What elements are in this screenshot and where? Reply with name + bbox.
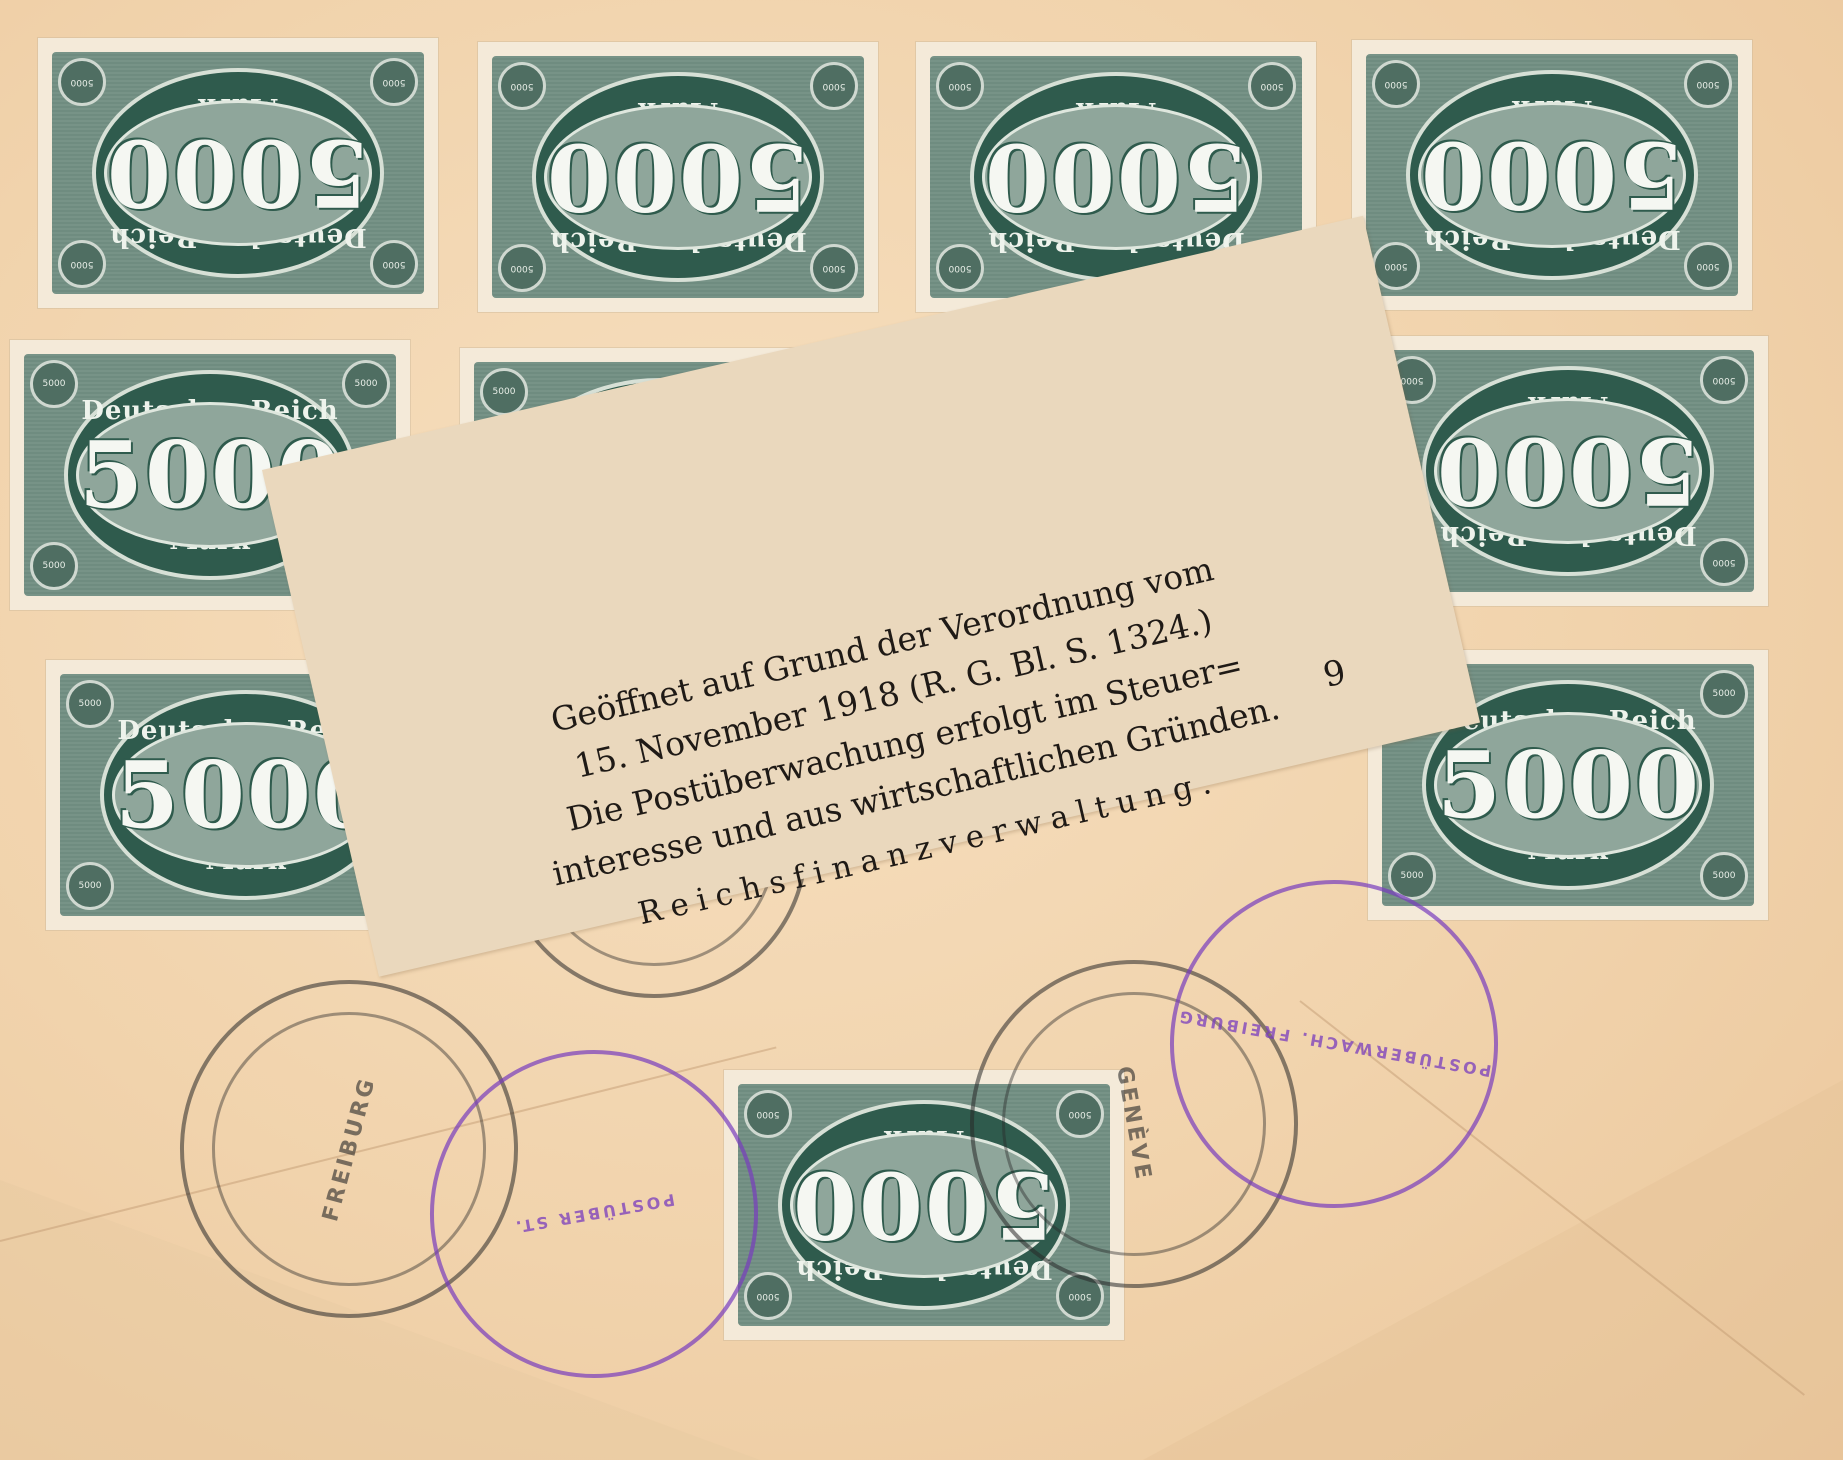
stamp-value-field: 5000	[104, 100, 372, 246]
censorship-label: Geöffnet auf Grund der Verordnung vom 15…	[262, 216, 1480, 977]
stamp: 5000 5000 5000 5000 Deutsches Reich Fünf…	[1352, 40, 1752, 310]
stamp-value-field: 5000	[1434, 398, 1702, 544]
stamp-value-field: 5000	[1418, 102, 1686, 248]
stamp-design: 5000 5000 5000 5000 Deutsches Reich Fünf…	[52, 52, 424, 294]
envelope-cover: 5000 5000 5000 5000 Deutsches Reich Fünf…	[0, 0, 1843, 1460]
stamp-value: 5000	[1437, 739, 1699, 831]
fold-line	[0, 1046, 776, 1241]
envelope-flap-right	[1143, 1080, 1843, 1460]
fold-line	[1299, 1000, 1805, 1396]
stamp: 5000 5000 5000 5000 Deutsches Reich Fünf…	[724, 1070, 1124, 1340]
stamp-value: 5000	[793, 1159, 1055, 1251]
stamp-design: 5000 5000 5000 5000 Deutsches Reich Fünf…	[738, 1084, 1110, 1326]
envelope-flap-left	[0, 1180, 760, 1460]
stamp-value: 5000	[107, 127, 369, 219]
stamp-value: 5000	[547, 131, 809, 223]
stamp-design: 5000 5000 5000 5000 Deutsches Reich Fünf…	[492, 56, 864, 298]
stamp: 5000 5000 5000 5000 Deutsches Reich Fünf…	[38, 38, 438, 308]
stamp-value-field: 5000	[982, 104, 1250, 250]
stamp-value: 5000	[985, 131, 1247, 223]
stamp-value: 5000	[1437, 425, 1699, 517]
stamp: 5000 5000 5000 5000 Deutsches Reich Fünf…	[478, 42, 878, 312]
stamp-design: 5000 5000 5000 5000 Deutsches Reich Fünf…	[1366, 54, 1738, 296]
stamp-value-field: 5000	[790, 1132, 1058, 1278]
stamp-value-field: 5000	[544, 104, 812, 250]
stamp-value: 5000	[1421, 129, 1683, 221]
postmark-freiburg: FREIBURG	[142, 942, 556, 1356]
